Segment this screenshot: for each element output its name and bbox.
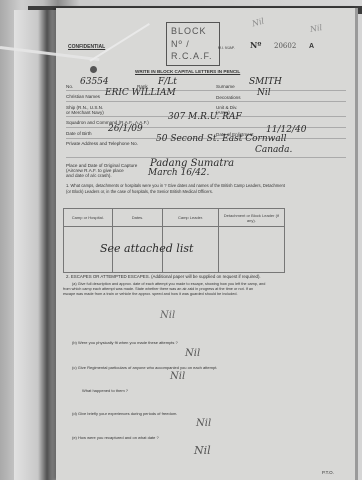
field-line	[66, 101, 346, 102]
dob-value: 26/1/09	[108, 124, 143, 134]
col-header-camp: Camp or Hospital.	[64, 209, 113, 227]
capture-date-value: March 16/42.	[148, 168, 209, 178]
form-number-label: Nº	[250, 43, 261, 48]
camps-answer: See attached list	[100, 242, 193, 255]
section1-question-line2: (or Block) Leaders or, in the case of ho…	[66, 189, 213, 194]
page-edge	[355, 8, 358, 480]
instruction-heading: WRITE IN BLOCK CAPITAL LETTERS IN PENCIL	[135, 69, 240, 74]
section1-question: 1. What camps, detachments or hospitals …	[66, 183, 285, 188]
ship-label-line2: or Merchant Navy)	[66, 110, 104, 115]
capture-label-line3: and date of a/c crash).	[66, 173, 112, 178]
form-number: 20602	[274, 44, 296, 49]
address-value-line2: Canada.	[255, 145, 292, 155]
stamp-line: BLOCK	[171, 25, 215, 38]
stamp-line: R.C.A.F.	[171, 50, 215, 63]
dob-label: Date of Birth	[66, 131, 92, 136]
surname-label: Surname	[216, 84, 235, 89]
decorations-label: Decorations	[216, 95, 241, 100]
no-label: No.	[66, 84, 73, 89]
form-reference: M.I. 9/JAP.	[218, 46, 235, 51]
block-stamp: BLOCK Nº / R.C.A.F.	[166, 22, 220, 66]
christian-names-value: ERIC WILLIAM	[105, 88, 176, 98]
col-header-camp-leader: Camp Leader.	[163, 209, 218, 227]
section2-title: 2. ESCAPES OR ATTEMPTED ESCAPES. (Additi…	[66, 274, 261, 279]
answer-b: Nil	[185, 348, 200, 359]
punch-hole	[90, 66, 97, 73]
answer-d: Nil	[196, 418, 211, 429]
squadron-value: 307 M.R.U. RAF	[168, 112, 242, 122]
question-d: (d) Give briefly your experiences during…	[72, 411, 177, 416]
question-c-followup: What happened to them ?	[82, 388, 128, 393]
form-number-suffix: A	[309, 44, 314, 49]
address-value: 50 Second St. East Cornwall	[156, 134, 286, 144]
question-c: (c) Give Regimental particulars of anyon…	[72, 365, 217, 370]
question-a-line3: escape was made from a train or vehicle …	[63, 292, 238, 297]
decorations-value: Nil	[257, 88, 271, 98]
col-header-dates: Dates.	[112, 209, 163, 227]
col-header-detachment-leader: Detachment or Block Leader (if any).	[218, 209, 284, 227]
answer-e: Nil	[194, 444, 211, 457]
answer-c: Nil	[170, 371, 185, 382]
stamp-line: Nº /	[171, 38, 215, 51]
service-number-value: 63554	[80, 77, 109, 87]
surname-value: SMITH	[249, 77, 282, 87]
rank-value: F/Lt	[158, 77, 177, 87]
question-e: (e) How were you recaptured and on what …	[72, 435, 159, 440]
address-label: Private Address and Telephone No.	[66, 141, 138, 146]
question-b: (b) Were you physically fit when you mad…	[72, 340, 178, 345]
pto-label: P.T.O.	[322, 470, 334, 475]
christian-names-label: Christian Names	[66, 94, 100, 99]
camps-table: Camp or Hospital. Dates. Camp Leader. De…	[63, 208, 285, 273]
answer-a: Nil	[160, 310, 175, 321]
confidential-label: CONFIDENTIAL	[68, 45, 105, 50]
